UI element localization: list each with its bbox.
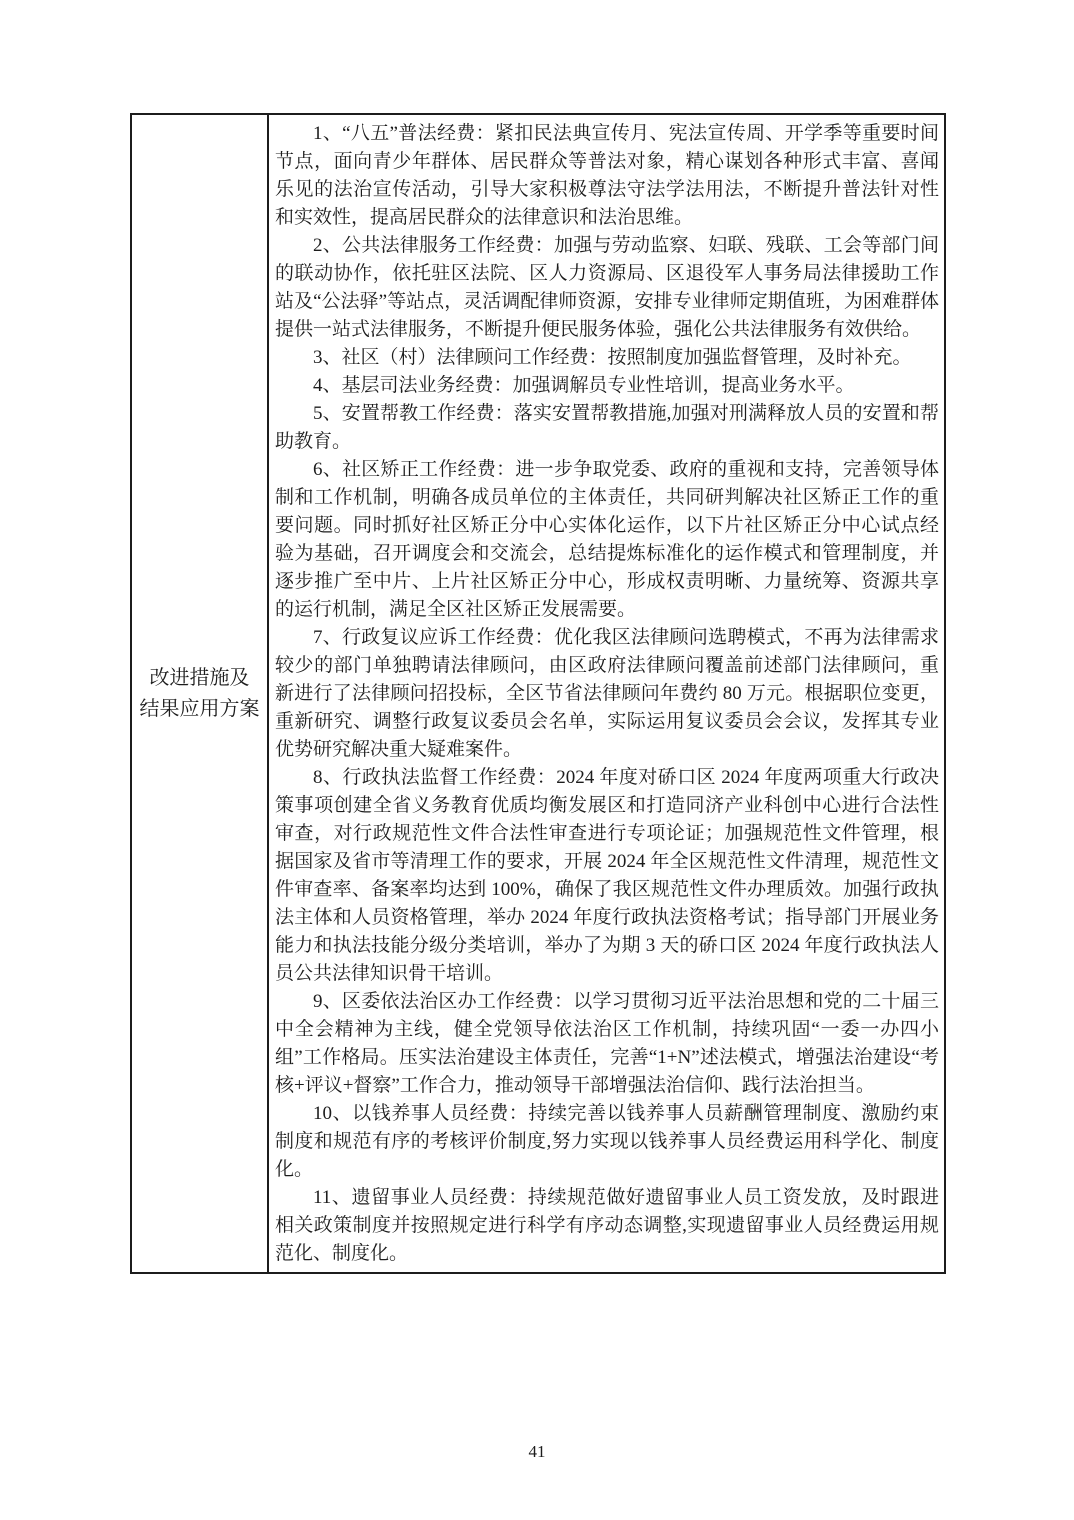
content-paragraph: 6、社区矫正工作经费：进一步争取党委、政府的重视和支持，完善领导体制和工作机制，…	[275, 456, 939, 624]
content-paragraph: 9、区委依法治区办工作经费：以学习贯彻习近平法治思想和党的二十届三中全会精神为主…	[275, 988, 939, 1100]
content-paragraph: 1、“八五”普法经费：紧扣民法典宣传月、宪法宣传周、开学季等重要时间节点，面向青…	[275, 120, 939, 232]
row-header-line-2: 结果应用方案	[140, 694, 260, 725]
content-paragraph: 7、行政复议应诉工作经费：优化我区法律顾问选聘模式，不再为法律需求较少的部门单独…	[275, 624, 939, 764]
page-number: 41	[0, 1442, 1074, 1462]
content-paragraph: 4、基层司法业务经费：加强调解员专业性培训，提高业务水平。	[275, 372, 939, 400]
content-paragraph: 2、公共法律服务工作经费：加强与劳动监察、妇联、残联、工会等部门间的联动协作，依…	[275, 232, 939, 344]
row-header-line-1: 改进措施及	[150, 663, 250, 694]
document-page: 改进措施及 结果应用方案 1、“八五”普法经费：紧扣民法典宣传月、宪法宣传周、开…	[0, 0, 1074, 1520]
row-header-cell: 改进措施及 结果应用方案	[132, 115, 269, 1272]
content-paragraph: 8、行政执法监督工作经费：2024 年度对硚口区 2024 年度两项重大行政决策…	[275, 764, 939, 988]
report-table: 改进措施及 结果应用方案 1、“八五”普法经费：紧扣民法典宣传月、宪法宣传周、开…	[130, 113, 946, 1274]
content-paragraph: 3、社区（村）法律顾问工作经费：按照制度加强监督管理，及时补充。	[275, 344, 939, 372]
row-content-cell: 1、“八五”普法经费：紧扣民法典宣传月、宪法宣传周、开学季等重要时间节点，面向青…	[269, 115, 944, 1272]
content-paragraph: 11、遗留事业人员经费：持续规范做好遗留事业人员工资发放，及时跟进相关政策制度并…	[275, 1184, 939, 1268]
content-paragraph: 10、以钱养事人员经费：持续完善以钱养事人员薪酬管理制度、激励约束制度和规范有序…	[275, 1100, 939, 1184]
content-paragraph: 5、安置帮教工作经费：落实安置帮教措施,加强对刑满释放人员的安置和帮助教育。	[275, 400, 939, 456]
